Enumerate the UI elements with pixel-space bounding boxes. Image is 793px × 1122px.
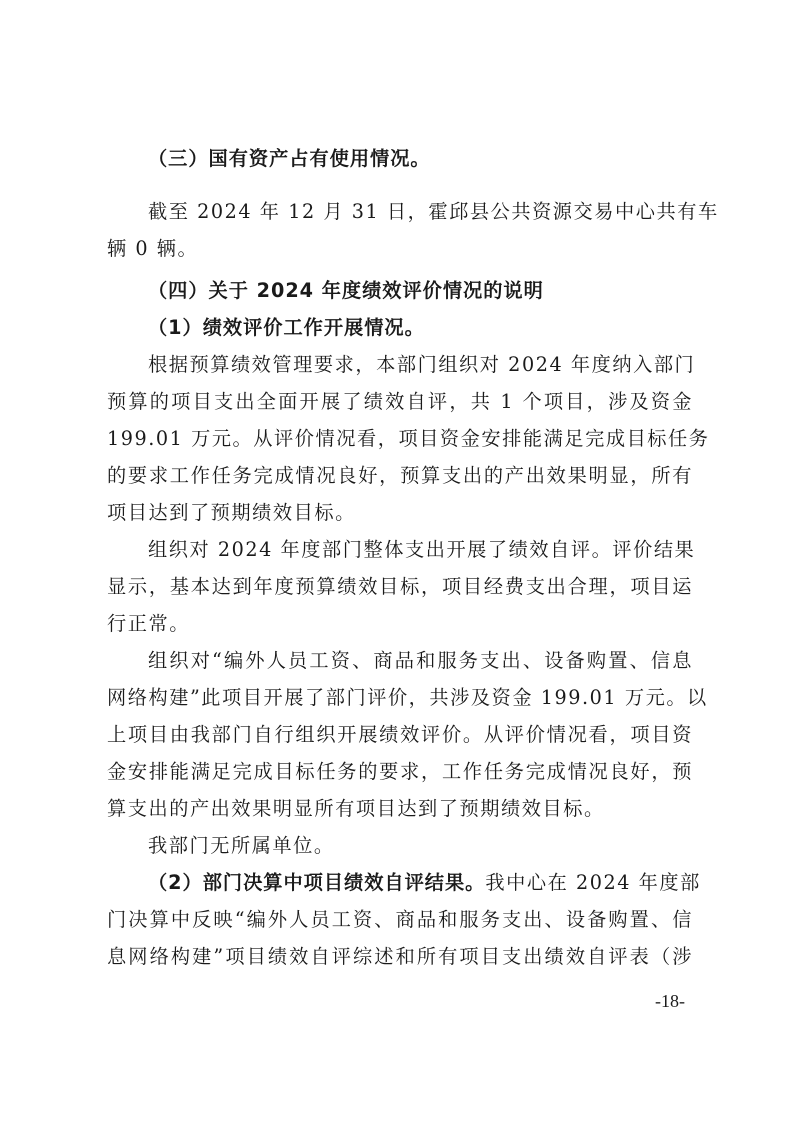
- page-number: -18-: [655, 991, 685, 1012]
- paragraph-line: 我部门无所属单位。: [107, 827, 693, 864]
- paragraph-line: 算支出的产出效果明显所有项目达到了预期绩效目标。: [107, 790, 693, 827]
- paragraph-line: 项目达到了预期绩效目标。: [107, 494, 693, 531]
- paragraph-line: 行正常。: [107, 605, 693, 642]
- paragraph-line: 截至 2024 年 12 月 31 日，霍邱县公共资源交易中心共有车: [107, 193, 693, 230]
- paragraph-line-with-heading: （2）部门决算中项目绩效自评结果。我中心在 2024 年度部: [107, 864, 693, 901]
- section-heading-performance-evaluation: （四）关于 2024 年度绩效评价情况的说明: [107, 272, 693, 309]
- paragraph-line: 199.01 万元。从评价情况看，项目资金安排能满足完成目标任务: [107, 420, 693, 457]
- subsection-heading-self-evaluation-results: （2）部门决算中项目绩效自评结果。: [148, 871, 485, 894]
- paragraph-text: 我中心在 2024 年度部: [485, 871, 701, 894]
- paragraph-line: 根据预算绩效管理要求，本部门组织对 2024 年度纳入部门: [107, 346, 693, 383]
- paragraph-line: 息网络构建”项目绩效自评综述和所有项目支出绩效自评表（涉: [107, 938, 693, 975]
- paragraph-line: 网络构建”此项目开展了部门评价，共涉及资金 199.01 万元。以: [107, 679, 693, 716]
- paragraph-line: 上项目由我部门自行组织开展绩效评价。从评价情况看，项目资: [107, 716, 693, 753]
- document-page: （三）国有资产占有使用情况。 截至 2024 年 12 月 31 日，霍邱县公共…: [0, 0, 793, 1122]
- subsection-heading-evaluation-work: （1）绩效评价工作开展情况。: [107, 309, 693, 346]
- paragraph-line: 金安排能满足完成目标任务的要求，工作任务完成情况良好，预: [107, 753, 693, 790]
- paragraph-line: 组织对“编外人员工资、商品和服务支出、设备购置、信息: [107, 642, 693, 679]
- section-heading-state-assets: （三）国有资产占有使用情况。: [107, 140, 693, 177]
- paragraph-line: 组织对 2024 年度部门整体支出开展了绩效自评。评价结果: [107, 531, 693, 568]
- paragraph-line: 辆 0 辆。: [107, 230, 693, 267]
- paragraph-line: 的要求工作任务完成情况良好，预算支出的产出效果明显，所有: [107, 457, 693, 494]
- page-body: （三）国有资产占有使用情况。 截至 2024 年 12 月 31 日，霍邱县公共…: [107, 140, 693, 975]
- paragraph-line: 预算的项目支出全面开展了绩效自评，共 1 个项目，涉及资金: [107, 383, 693, 420]
- paragraph-line: 显示，基本达到年度预算绩效目标，项目经费支出合理，项目运: [107, 568, 693, 605]
- paragraph-line: 门决算中反映“编外人员工资、商品和服务支出、设备购置、信: [107, 901, 693, 938]
